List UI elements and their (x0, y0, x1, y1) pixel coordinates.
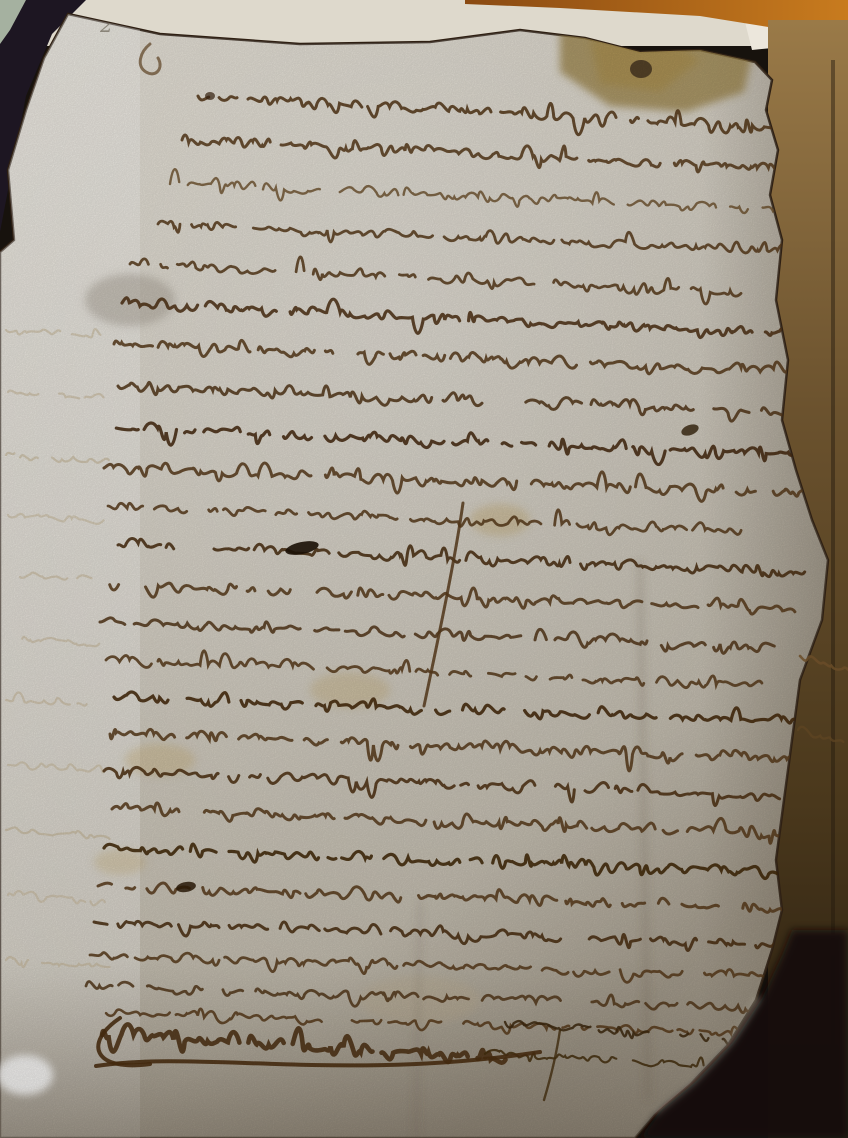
paper-grain (0, 0, 848, 1138)
manuscript-photo-canvas: 2 (0, 0, 848, 1138)
page-surface: 2 (0, 0, 848, 1138)
manuscript-photo: 2 (0, 0, 848, 1138)
